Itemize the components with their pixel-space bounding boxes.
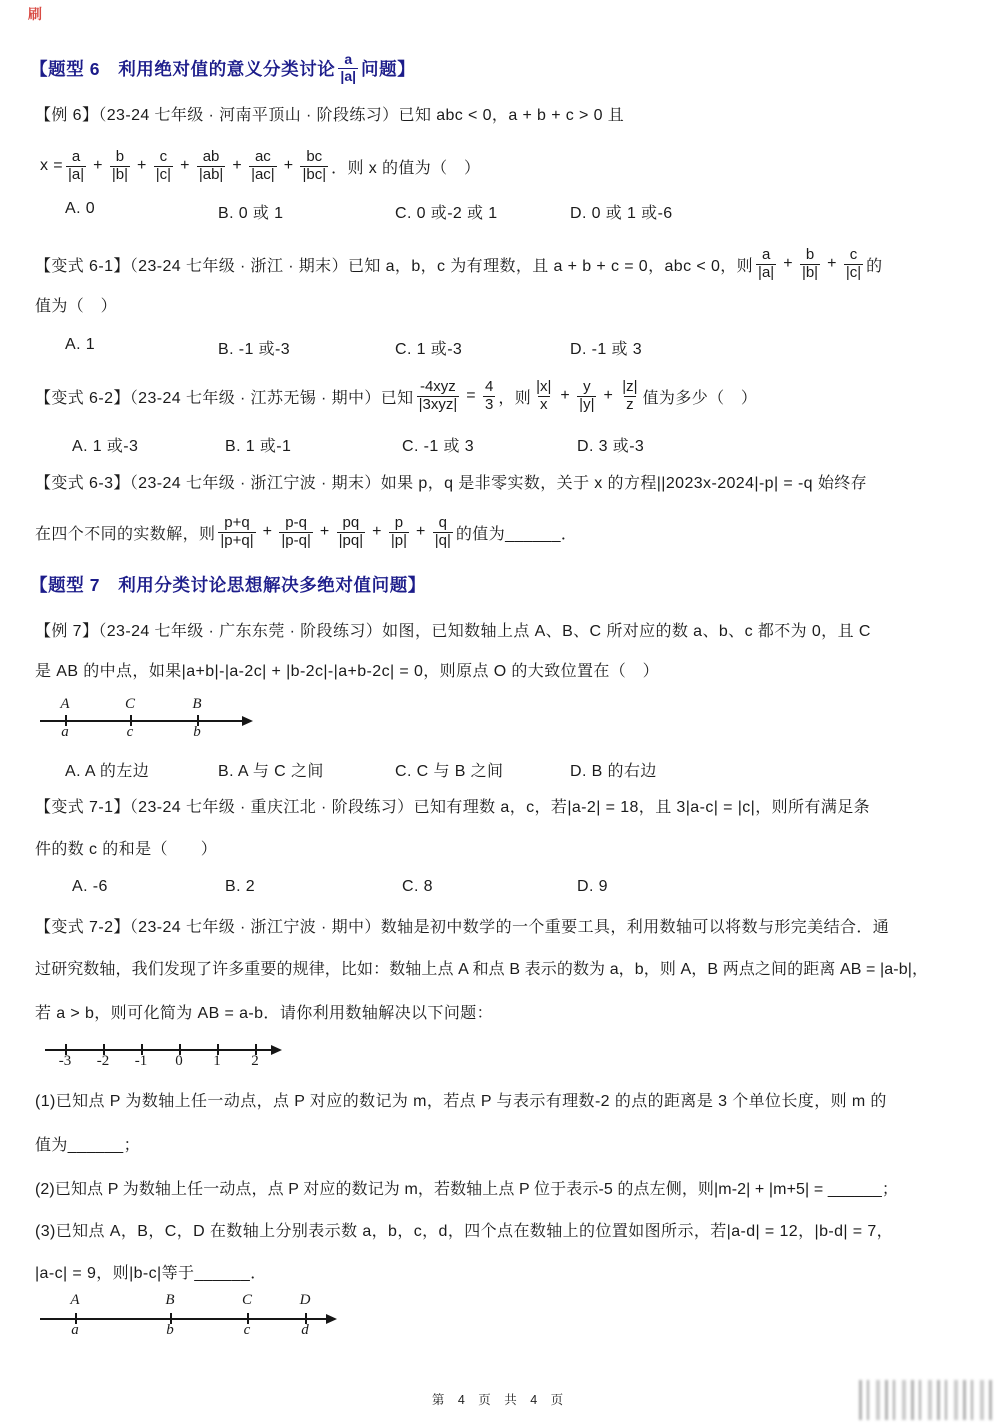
option: A. 1	[65, 336, 218, 359]
fraction: -4xyz|3xyz|	[417, 379, 460, 414]
fraction: ac|ac|	[249, 149, 277, 184]
example6-options: A. 0 B. 0 或 1 C. 0 或-2 或 1 D. 0 或 1 或-6	[65, 200, 673, 223]
question3-line1: (3)已知点 A，B，C，D 在数轴上分别表示数 a，b，c，d，四个点在数轴上…	[35, 1222, 893, 1243]
tick-label: -1	[135, 1053, 148, 1070]
fraction: ab|ab|	[197, 149, 225, 184]
variant6-3-expression: 在四个不同的实数解，则 p+q|p+q| + p-q|p-q| + pq|pq|…	[35, 504, 577, 560]
number-line-ACB: A C B a c b	[40, 698, 270, 744]
watermark-smudge	[854, 1380, 994, 1420]
fraction: p-q|p-q|	[279, 515, 312, 550]
statement-mid: ，则	[498, 385, 531, 408]
example6-expression: x = a|a| + b|b| + c|c| + ab|ab| + ac|ac|…	[40, 140, 480, 192]
plus-operator: +	[232, 157, 242, 175]
question1-line1: (1)已知点 P 为数轴上任一动点，点 P 对应的数记为 m，若点 P 与表示有…	[35, 1092, 887, 1113]
plus-operator: +	[416, 523, 426, 541]
statement-tail: 值为多少（ ）	[643, 385, 758, 408]
number-line-ABCD: A B C D a b c d	[40, 1292, 360, 1342]
statement-text: 在四个不同的实数解，则	[35, 521, 215, 544]
statement-text: 【变式 6-1】（23-24 七年级 · 浙江 · 期末）已知 a，b，c 为有…	[35, 253, 753, 276]
point-label: A	[60, 696, 69, 713]
option: B. 2	[225, 878, 402, 896]
variant6-1-line2: 值为（ ）	[35, 297, 117, 318]
option: D. B 的右边	[570, 758, 657, 781]
expression-tail: ．则 x 的值为（ ）	[331, 155, 480, 178]
fraction: p+q|p+q|	[218, 515, 255, 550]
point-label: B	[165, 1292, 174, 1309]
plus-operator: +	[284, 157, 294, 175]
fraction: c|c|	[844, 247, 863, 282]
fraction: y|y|	[577, 379, 596, 414]
value-label: a	[61, 724, 69, 741]
option: A. 1 或-3	[72, 433, 225, 456]
fraction: b|b|	[110, 149, 130, 184]
fraction: p|p|	[389, 515, 409, 550]
plus-operator: +	[320, 523, 330, 541]
example6-statement: 【例 6】（23-24 七年级 · 河南平顶山 · 阶段练习）已知 abc < …	[35, 106, 624, 127]
value-label: d	[301, 1322, 309, 1339]
variant6-1-options: A. 1 B. -1 或-3 C. 1 或-3 D. -1 或 3	[65, 336, 642, 359]
point-label: C	[125, 696, 135, 713]
fraction: |x|x	[534, 379, 553, 414]
option: D. 9	[577, 878, 608, 896]
variant7-1-options: A. -6 B. 2 C. 8 D. 9	[72, 878, 608, 896]
tick-label: 2	[251, 1053, 259, 1070]
plus-operator: +	[372, 523, 382, 541]
variant7-2-line3: 若 a > b，则可化简为 AB = a-b．请你利用数轴解决以下问题：	[35, 1004, 493, 1025]
value-label: b	[166, 1322, 174, 1339]
option: C. -1 或 3	[402, 433, 577, 456]
plus-operator: +	[137, 157, 147, 175]
value-label: a	[71, 1322, 79, 1339]
variant7-1-line2: 件的数 c 的和是（ ）	[35, 840, 217, 861]
fraction: b|b|	[800, 247, 820, 282]
variant7-1-line1: 【变式 7-1】（23-24 七年级 · 重庆江北 · 阶段练习）已知有理数 a…	[35, 798, 870, 819]
fraction: a|a|	[66, 149, 86, 184]
option: B. 1 或-1	[225, 433, 402, 456]
point-label: D	[300, 1292, 311, 1309]
option: D. -1 或 3	[570, 336, 642, 359]
expression-lead: x =	[40, 157, 63, 175]
variant6-2-statement: 【变式 6-2】（23-24 七年级 · 江苏无锡 · 期中）已知 -4xyz|…	[35, 368, 757, 424]
question3-line2: |a-c| = 9，则|b-c|等于______．	[35, 1264, 267, 1285]
fraction: pq|pq|	[337, 515, 365, 550]
value-label: b	[193, 724, 201, 741]
axis-arrow	[271, 1045, 282, 1055]
section6-heading-text: 【题型 6 利用绝对值的意义分类讨论	[30, 56, 335, 81]
option: B. A 与 C 之间	[218, 758, 395, 781]
option: B. -1 或-3	[218, 336, 395, 359]
axis-arrow	[326, 1314, 337, 1324]
axis-line	[40, 720, 244, 722]
option: C. C 与 B 之间	[395, 758, 570, 781]
fraction: 43	[483, 379, 495, 414]
example7-line1: 【例 7】（23-24 七年级 · 广东东莞 · 阶段练习）如图，已知数轴上点 …	[35, 622, 871, 643]
statement-text: 【变式 6-2】（23-24 七年级 · 江苏无锡 · 期中）已知	[35, 385, 414, 408]
plus-operator: +	[263, 523, 273, 541]
page-number: 第 4 页 共 4 页	[0, 1390, 1000, 1408]
variant6-2-options: A. 1 或-3 B. 1 或-1 C. -1 或 3 D. 3 或-3	[72, 433, 644, 456]
option: C. 1 或-3	[395, 336, 570, 359]
plus-operator: +	[827, 255, 837, 273]
fraction: |z|z	[620, 379, 639, 414]
statement-tail: 的	[866, 253, 882, 276]
plus-operator: +	[783, 255, 793, 273]
fraction: bc|bc|	[300, 149, 328, 184]
value-label: c	[127, 724, 134, 741]
option: D. 0 或 1 或-6	[570, 200, 673, 223]
point-label: B	[192, 696, 201, 713]
tick-label: -3	[59, 1053, 72, 1070]
section7-heading: 【题型 7 利用分类讨论思想解决多绝对值问题】	[30, 574, 426, 597]
fraction: q|q|	[433, 515, 453, 550]
tick-label: 0	[175, 1053, 183, 1070]
axis-arrow	[242, 716, 253, 726]
tick-label: -2	[97, 1053, 110, 1070]
fraction: c|c|	[154, 149, 173, 184]
plus-operator: +	[180, 157, 190, 175]
variant6-3-line1: 【变式 6-3】（23-24 七年级 · 浙江宁波 · 期末）如果 p，q 是非…	[35, 474, 867, 495]
plus-operator: +	[560, 387, 570, 405]
option: A. A 的左边	[65, 758, 218, 781]
number-line-integers: -3 -2 -1 0 1 2	[45, 1036, 300, 1078]
plus-operator: +	[603, 387, 613, 405]
option: D. 3 或-3	[577, 433, 644, 456]
value-label: c	[244, 1322, 251, 1339]
variant6-1-statement: 【变式 6-1】（23-24 七年级 · 浙江 · 期末）已知 a，b，c 为有…	[35, 238, 883, 290]
fraction-a-over-abs-a: a|a|	[338, 52, 358, 84]
example7-options: A. A 的左边 B. A 与 C 之间 C. C 与 B 之间 D. B 的右…	[65, 758, 657, 781]
option: C. 8	[402, 878, 577, 896]
variant7-2-line2: 过研究数轴，我们发现了许多重要的规律，比如：数轴上点 A 和点 B 表示的数为 …	[35, 960, 928, 981]
option: C. 0 或-2 或 1	[395, 200, 570, 223]
section6-heading: 【题型 6 利用绝对值的意义分类讨论 a|a| 问题】	[30, 44, 415, 92]
equals-operator: =	[466, 387, 476, 405]
example7-line2: 是 AB 的中点，如果|a+b|-|a-2c| + |b-2c|-|a+b-2c…	[35, 662, 659, 683]
corner-stamp-mark: 刷	[28, 4, 42, 24]
point-label: A	[70, 1292, 79, 1309]
option: B. 0 或 1	[218, 200, 395, 223]
axis-line	[40, 1318, 328, 1320]
question2-line: (2)已知点 P 为数轴上任一动点，点 P 对应的数记为 m，若数轴上点 P 位…	[35, 1180, 898, 1201]
option: A. 0	[65, 200, 218, 223]
fraction: a|a|	[756, 247, 776, 282]
option: A. -6	[72, 878, 225, 896]
plus-operator: +	[93, 157, 103, 175]
axis-line	[45, 1049, 273, 1051]
statement-tail: 的值为______．	[456, 521, 577, 544]
variant7-2-line1: 【变式 7-2】（23-24 七年级 · 浙江宁波 · 期中）数轴是初中数学的一…	[35, 918, 889, 939]
section6-heading-suffix: 问题】	[361, 56, 415, 81]
question1-line2: 值为______；	[35, 1136, 140, 1157]
point-label: C	[242, 1292, 252, 1309]
tick-label: 1	[213, 1053, 221, 1070]
